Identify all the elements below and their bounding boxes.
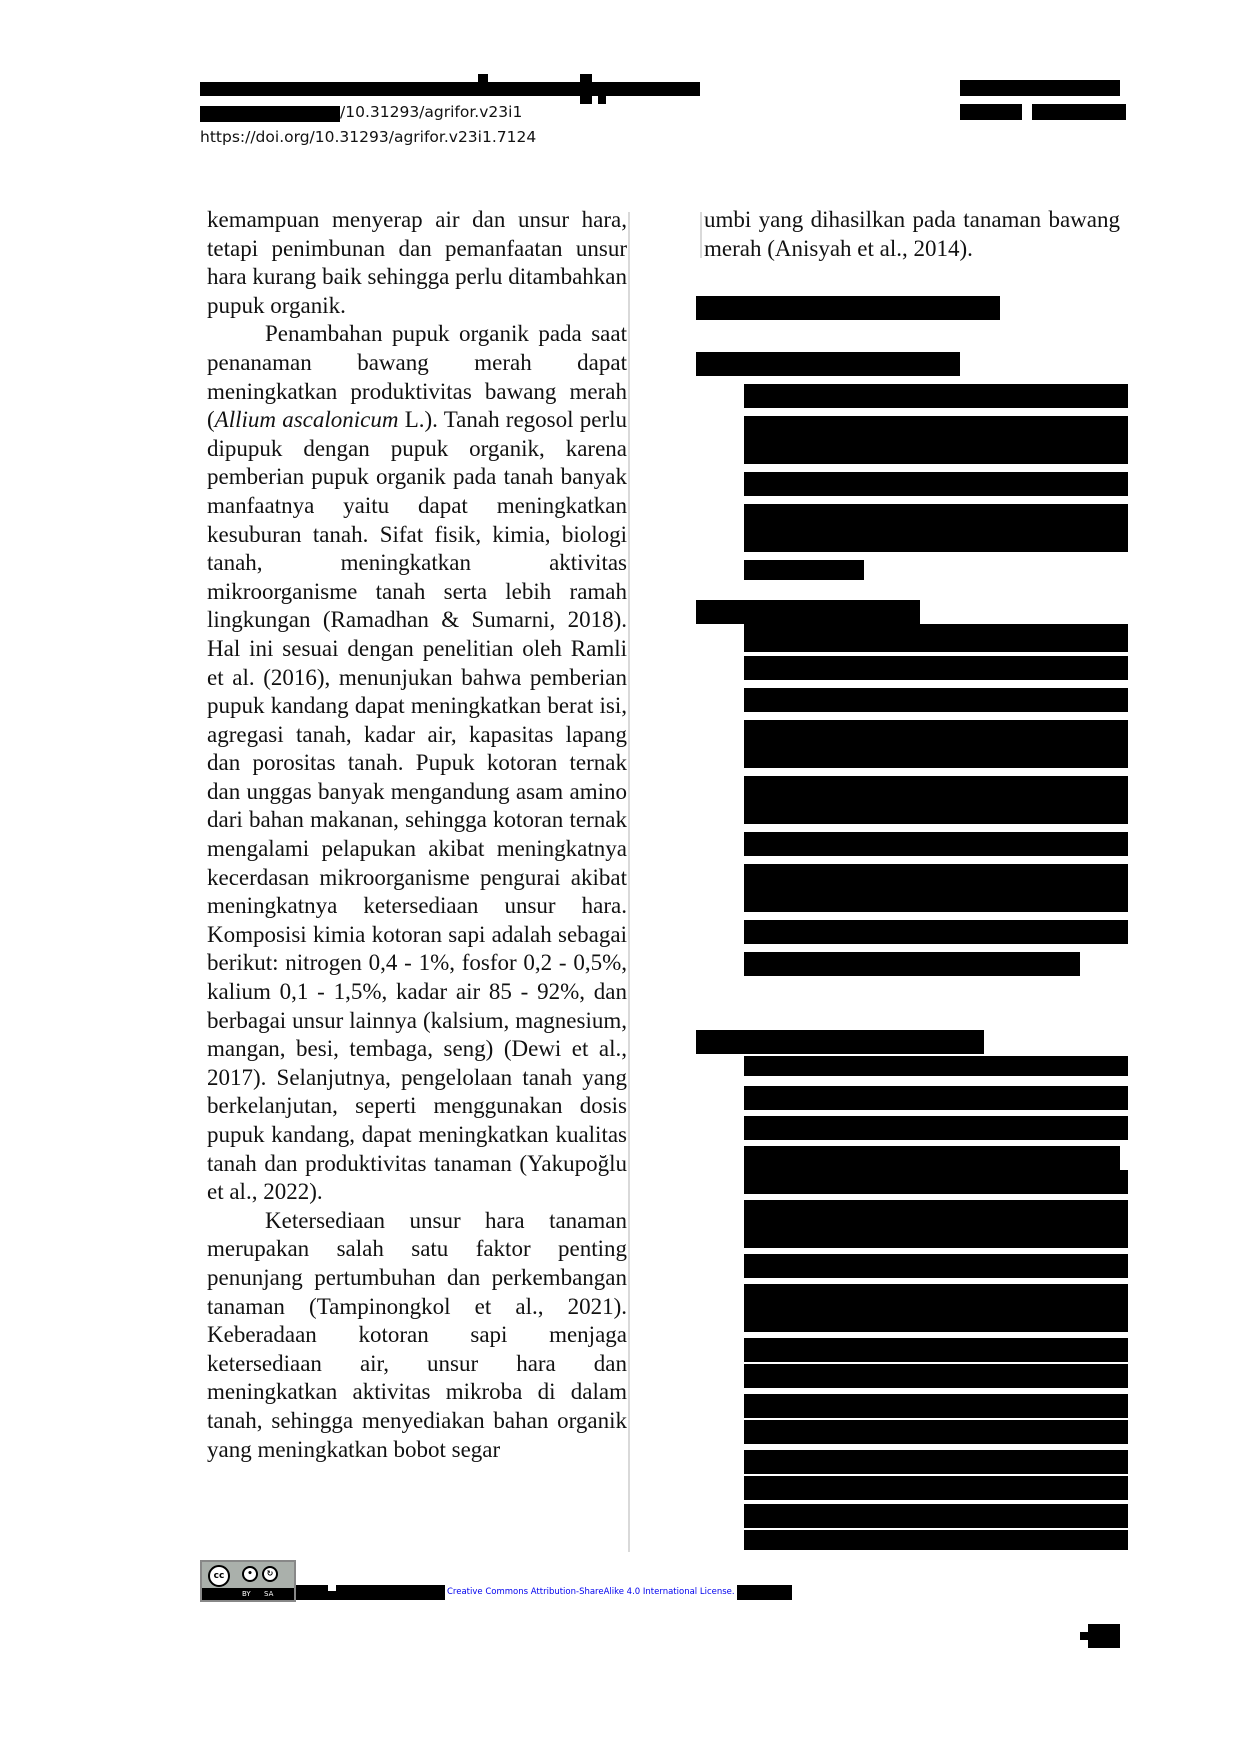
redacted-block-3n	[744, 1420, 1128, 1444]
redacted-block-1d	[744, 472, 1128, 496]
redacted-block-1f	[744, 528, 1128, 552]
redacted-block-1b	[744, 416, 1128, 440]
redacted-block-2f	[744, 776, 1128, 800]
column-edge-mark-right	[700, 212, 702, 258]
doi-line-1: /10.31293/agrifor.v23i1	[340, 100, 522, 124]
redacted-block-2e	[744, 744, 1128, 768]
journal-title-redacted-bump-1	[478, 74, 488, 82]
license-link[interactable]: Creative Commons Attribution-ShareAlike …	[445, 1585, 792, 1600]
license-statement-redacted-gap	[328, 1585, 336, 1591]
redacted-block-3l	[744, 1364, 1128, 1388]
redacted-block-3m	[744, 1394, 1128, 1418]
section-heading-redacted	[696, 296, 1000, 320]
redacted-block-1c	[744, 440, 1128, 464]
left-column: kemampuan menyerap air dan unsur hara, t…	[207, 206, 627, 1464]
doi-link[interactable]: https://doi.org/10.31293/agrifor.v23i1.7…	[200, 125, 536, 149]
redacted-block-3p	[744, 1476, 1128, 1500]
redacted-block-1a	[744, 384, 1128, 408]
paragraph-1: kemampuan menyerap air dan unsur hara, t…	[207, 206, 627, 320]
redacted-block-2l	[744, 952, 1080, 976]
redacted-block-3q	[744, 1504, 1128, 1528]
paragraph-2: Penambahan pupuk organik pada saat penan…	[207, 320, 627, 1206]
redacted-block-3h	[744, 1254, 1128, 1278]
redacted-block-2j	[744, 888, 1128, 912]
cc-license-badge[interactable]: cc • ↻ BY SA	[200, 1560, 296, 1602]
right-column-paragraph: umbi yang dihasilkan pada tanaman bawang…	[704, 206, 1120, 263]
paragraph-2-rest: L.). Tanah regosol perlu dipupuk dengan …	[207, 407, 627, 1204]
page-number-redacted-dash	[1080, 1632, 1088, 1640]
sa-icon: ↻	[262, 1566, 278, 1582]
redacted-block-3a	[744, 1056, 1128, 1076]
redacted-block-3e	[744, 1170, 1128, 1194]
redacted-block-3c	[744, 1116, 1128, 1140]
license-statement-redacted	[296, 1585, 445, 1600]
journal-title-redacted-bump-3	[598, 96, 606, 104]
redacted-block-3o	[744, 1450, 1128, 1474]
doi-prefix-redacted	[200, 106, 340, 122]
subheading-1-redacted	[696, 352, 960, 376]
redacted-block-1g	[744, 560, 864, 580]
subheading-2-redacted	[696, 600, 920, 624]
redacted-block-3i	[744, 1284, 1128, 1308]
header-right-redacted-1	[960, 80, 1120, 96]
by-icon: •	[242, 1566, 258, 1582]
redacted-block-1e	[744, 504, 1128, 528]
column-edge-mark-left	[628, 212, 630, 1552]
cc-badge-band: BY SA	[202, 1588, 294, 1600]
redacted-block-2i	[744, 864, 1128, 888]
redacted-block-3j	[744, 1308, 1128, 1332]
redacted-block-3k	[744, 1338, 1128, 1362]
header-right-redacted-3	[1032, 104, 1126, 120]
redacted-block-2h	[744, 832, 1128, 856]
subheading-3-redacted	[696, 1030, 984, 1054]
journal-title-redacted-bump-2	[580, 74, 592, 104]
sa-label: SA	[264, 1588, 273, 1600]
redacted-block-2c	[744, 688, 1128, 712]
page-number-redacted	[1088, 1624, 1120, 1648]
scientific-name: Allium ascalonicum	[215, 407, 399, 432]
header-right-redacted-2	[960, 104, 1022, 120]
redacted-block-3f	[744, 1200, 1128, 1224]
redacted-block-2k	[744, 920, 1128, 944]
by-label: BY	[242, 1588, 251, 1600]
redacted-block-2d	[744, 720, 1128, 744]
redacted-block-2g	[744, 800, 1128, 824]
redacted-block-2b	[744, 656, 1128, 680]
redacted-block-3r	[744, 1530, 1128, 1550]
journal-title-redacted	[200, 82, 700, 96]
redacted-block-3d	[744, 1146, 1120, 1170]
paragraph-3: Ketersediaan unsur hara tanaman merupaka…	[207, 1207, 627, 1464]
cc-icon: cc	[208, 1565, 230, 1587]
redacted-block-2a	[744, 624, 1128, 652]
redacted-block-3g	[744, 1224, 1128, 1248]
redacted-block-3b	[744, 1086, 1128, 1110]
license-link-text: Creative Commons Attribution-ShareAlike …	[445, 1585, 737, 1600]
